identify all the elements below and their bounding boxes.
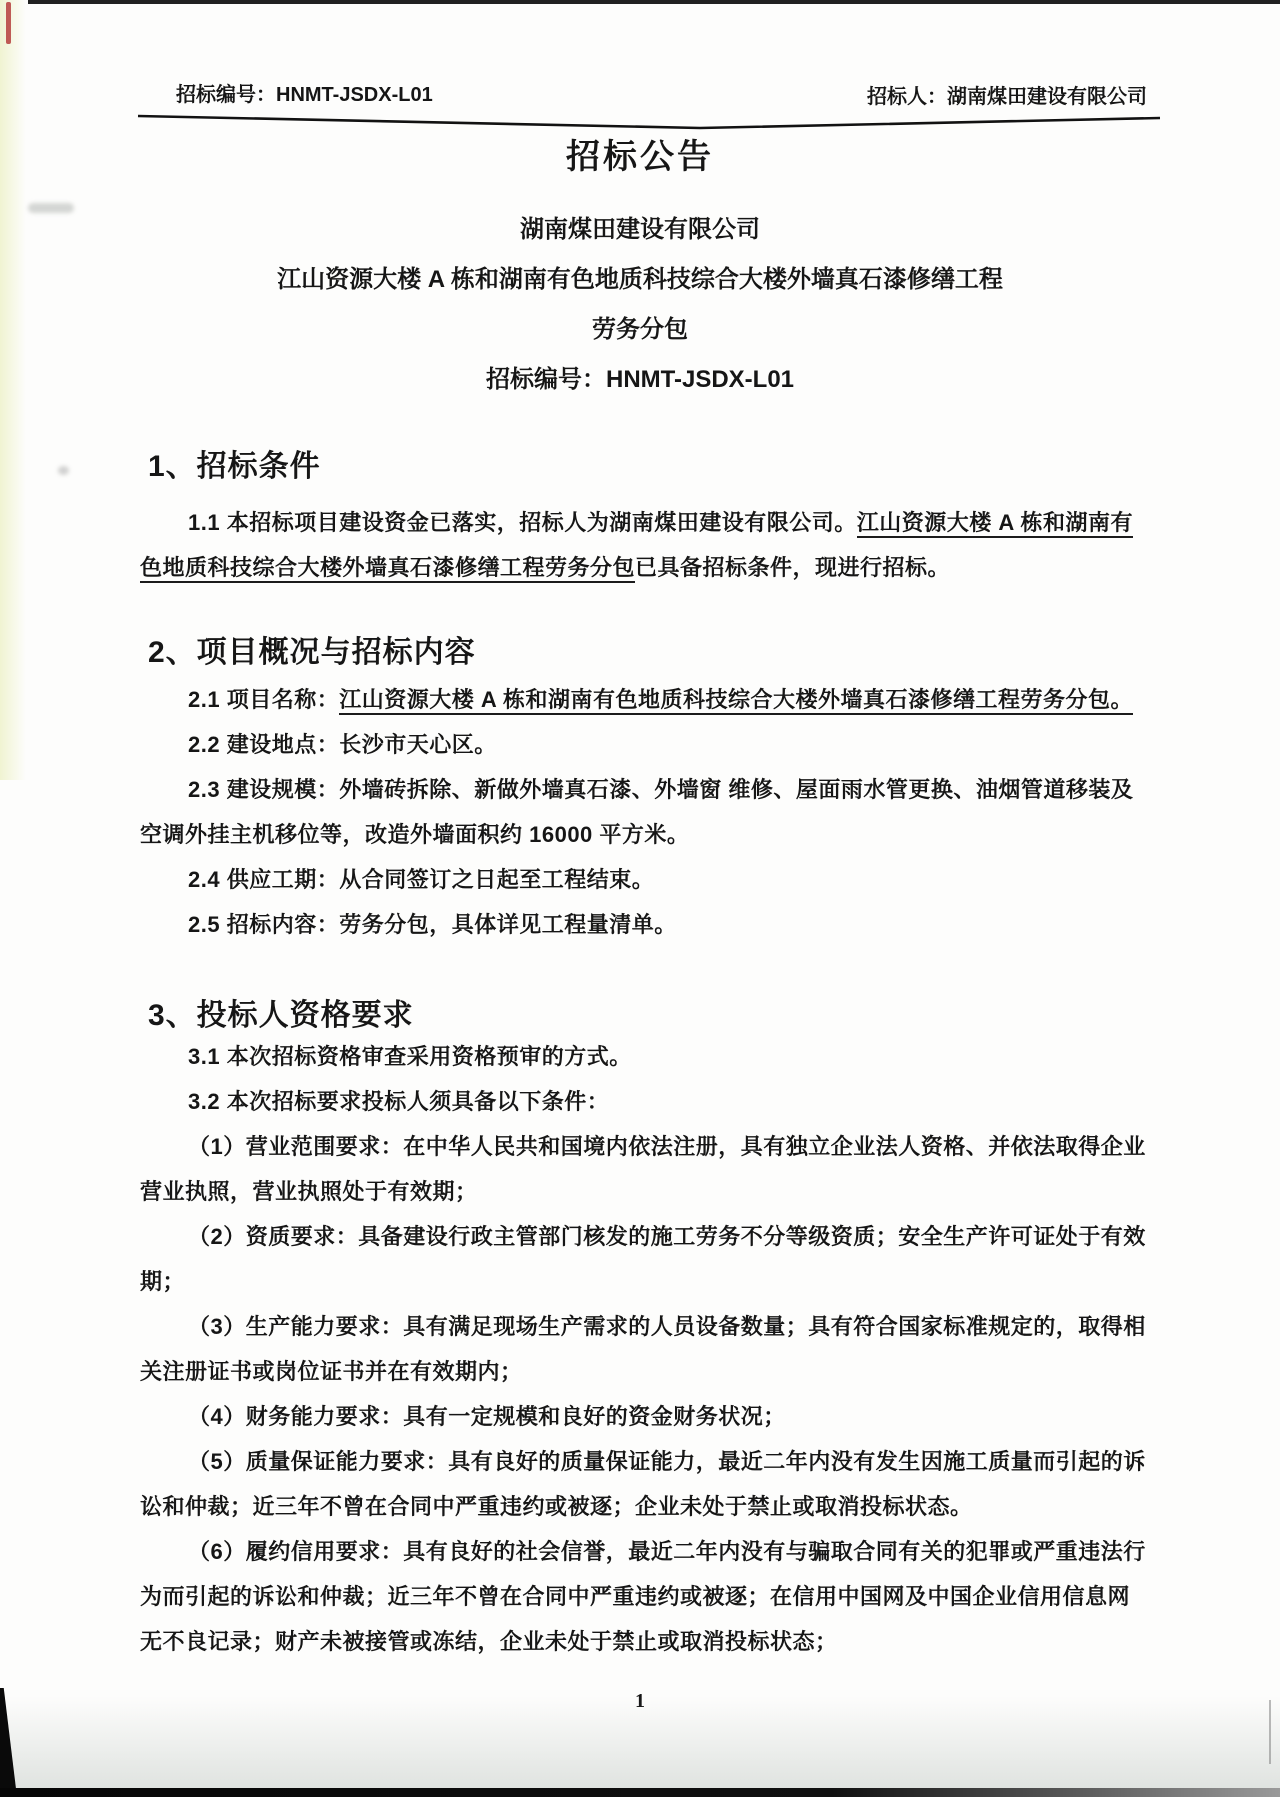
scan-red-mark-artifact	[6, 2, 11, 44]
field-value: 空调外挂主机移位等，改造外墙面积约 16000 平方米。	[140, 822, 689, 847]
requirement-2-line1: （2）资质要求：具备建设行政主管部门核发的施工劳务不分等级资质；安全生产许可证处…	[140, 1214, 1146, 1259]
document-title: 招标公告	[0, 129, 1280, 178]
scan-smudge-artifact	[58, 466, 69, 475]
requirement-1-line2: 营业执照，营业执照处于有效期；	[140, 1169, 1146, 1214]
paragraph-3-1: 3.1 本次招标资格审查采用资格预审的方式。	[140, 1034, 1146, 1079]
requirement-3-line1: （3）生产能力要求：具有满足现场生产需求的人员设备数量；具有符合国家标准规定的，…	[140, 1304, 1146, 1349]
header-rule-line	[0, 0, 1280, 140]
subtitle-tender-number: 招标编号：HNMT-JSDX-L01	[0, 355, 1280, 405]
scanned-document-page: 招标编号：HNMT-JSDX-L01 招标人：湖南煤田建设有限公司 招标公告 湖…	[0, 0, 1280, 1797]
paragraph-line: 色地质科技综合大楼外墙真石漆修缮工程劳务分包已具备招标条件，现进行招标。	[140, 545, 1133, 590]
section2-heading: 2、项目概况与招标内容	[148, 627, 476, 671]
requirement-6-line3: 无不良记录；财产未被接管或冻结，企业未处于禁止或取消投标状态；	[140, 1619, 1146, 1664]
field-value: 从合同签订之日起至工程结束。	[339, 867, 654, 892]
field-value: 外墙砖拆除、新做外墙真石漆、外墙窗 维修、屋面雨水管更换、油烟管道移装及	[339, 777, 1133, 802]
field-label: 2.3 建设规模：	[188, 777, 339, 802]
field-label: 2.4 供应工期：	[188, 867, 339, 892]
underlined-project-name: 色地质科技综合大楼外墙真石漆修缮工程劳务分包	[140, 555, 635, 583]
period-row: 2.4 供应工期：从合同签订之日起至工程结束。	[140, 857, 1133, 902]
section2-body: 2.1 项目名称：江山资源大楼 A 栋和湖南有色地质科技综合大楼外墙真石漆修缮工…	[140, 677, 1133, 947]
requirement-6-line2: 为而引起的诉讼和仲裁；近三年不曾在合同中严重违约或被逐；在信用中国网及中国企业信…	[140, 1574, 1146, 1619]
requirement-5-line2: 讼和仲裁；近三年不曾在合同中严重违约或被逐；企业未处于禁止或取消投标状态。	[140, 1484, 1146, 1529]
requirement-4: （4）财务能力要求：具有一定规模和良好的资金财务状况；	[140, 1394, 1146, 1439]
header-tender-number: 招标编号：HNMT-JSDX-L01	[176, 78, 433, 107]
subtitle-project: 江山资源大楼 A 栋和湖南有色地质科技综合大楼外墙真石漆修缮工程	[0, 255, 1280, 305]
scale-row-line1: 2.3 建设规模：外墙砖拆除、新做外墙真石漆、外墙窗 维修、屋面雨水管更换、油烟…	[140, 767, 1133, 812]
field-value: 劳务分包，具体详见工程量清单。	[339, 912, 677, 937]
paragraph-3-2: 3.2 本次招标要求投标人须具备以下条件：	[140, 1079, 1146, 1124]
scan-bottom-shadow-artifact	[0, 1696, 1280, 1788]
text-segment: 1.1 本招标项目建设资金已落实，招标人为湖南煤田建设有限公司。	[188, 510, 857, 535]
field-label: 2.2 建设地点：	[188, 732, 339, 757]
project-name-row: 2.1 项目名称：江山资源大楼 A 栋和湖南有色地质科技综合大楼外墙真石漆修缮工…	[140, 677, 1133, 722]
field-label: 2.5 招标内容：	[188, 912, 339, 937]
section3-body: 3.1 本次招标资格审查采用资格预审的方式。 3.2 本次招标要求投标人须具备以…	[140, 1034, 1146, 1664]
requirement-6-line1: （6）履约信用要求：具有良好的社会信誉，最近二年内没有与骗取合同有关的犯罪或严重…	[140, 1529, 1146, 1574]
underlined-project-name: 江山资源大楼 A 栋和湖南有	[857, 510, 1133, 538]
section1-heading: 1、招标条件	[148, 441, 321, 485]
header-tenderer: 招标人：湖南煤田建设有限公司	[867, 80, 1147, 109]
content-row: 2.5 招标内容：劳务分包，具体详见工程量清单。	[140, 902, 1133, 947]
subtitle-block: 湖南煤田建设有限公司 江山资源大楼 A 栋和湖南有色地质科技综合大楼外墙真石漆修…	[0, 205, 1280, 405]
requirement-5-line1: （5）质量保证能力要求：具有良好的质量保证能力，最近二年内没有发生因施工质量而引…	[140, 1439, 1146, 1484]
location-row: 2.2 建设地点：长沙市天心区。	[140, 722, 1133, 767]
underlined-project-name: 江山资源大楼 A 栋和湖南有色地质科技综合大楼外墙真石漆修缮工程劳务分包。	[339, 687, 1133, 715]
field-label: 2.1 项目名称：	[188, 687, 339, 712]
scan-top-edge-artifact	[28, 0, 1280, 4]
requirement-3-line2: 关注册证书或岗位证书并在有效期内；	[140, 1349, 1146, 1394]
requirement-2-line2: 期；	[140, 1259, 1146, 1304]
scan-right-edge-artifact	[1269, 1700, 1271, 1764]
section1-paragraph-1-1: 1.1 本招标项目建设资金已落实，招标人为湖南煤田建设有限公司。江山资源大楼 A…	[140, 500, 1133, 590]
subtitle-company: 湖南煤田建设有限公司	[0, 205, 1280, 255]
scan-bottom-edge-artifact	[0, 1788, 1280, 1797]
subtitle-package: 劳务分包	[0, 305, 1280, 355]
paragraph-line: 1.1 本招标项目建设资金已落实，招标人为湖南煤田建设有限公司。江山资源大楼 A…	[140, 500, 1133, 545]
requirement-1-line1: （1）营业范围要求：在中华人民共和国境内依法注册，具有独立企业法人资格、并依法取…	[140, 1124, 1146, 1169]
text-segment: 已具备招标条件，现进行招标。	[635, 555, 950, 580]
field-value: 长沙市天心区。	[339, 732, 497, 757]
section3-heading: 3、投标人资格要求	[148, 990, 414, 1034]
scale-row-line2: 空调外挂主机移位等，改造外墙面积约 16000 平方米。	[140, 812, 1133, 857]
